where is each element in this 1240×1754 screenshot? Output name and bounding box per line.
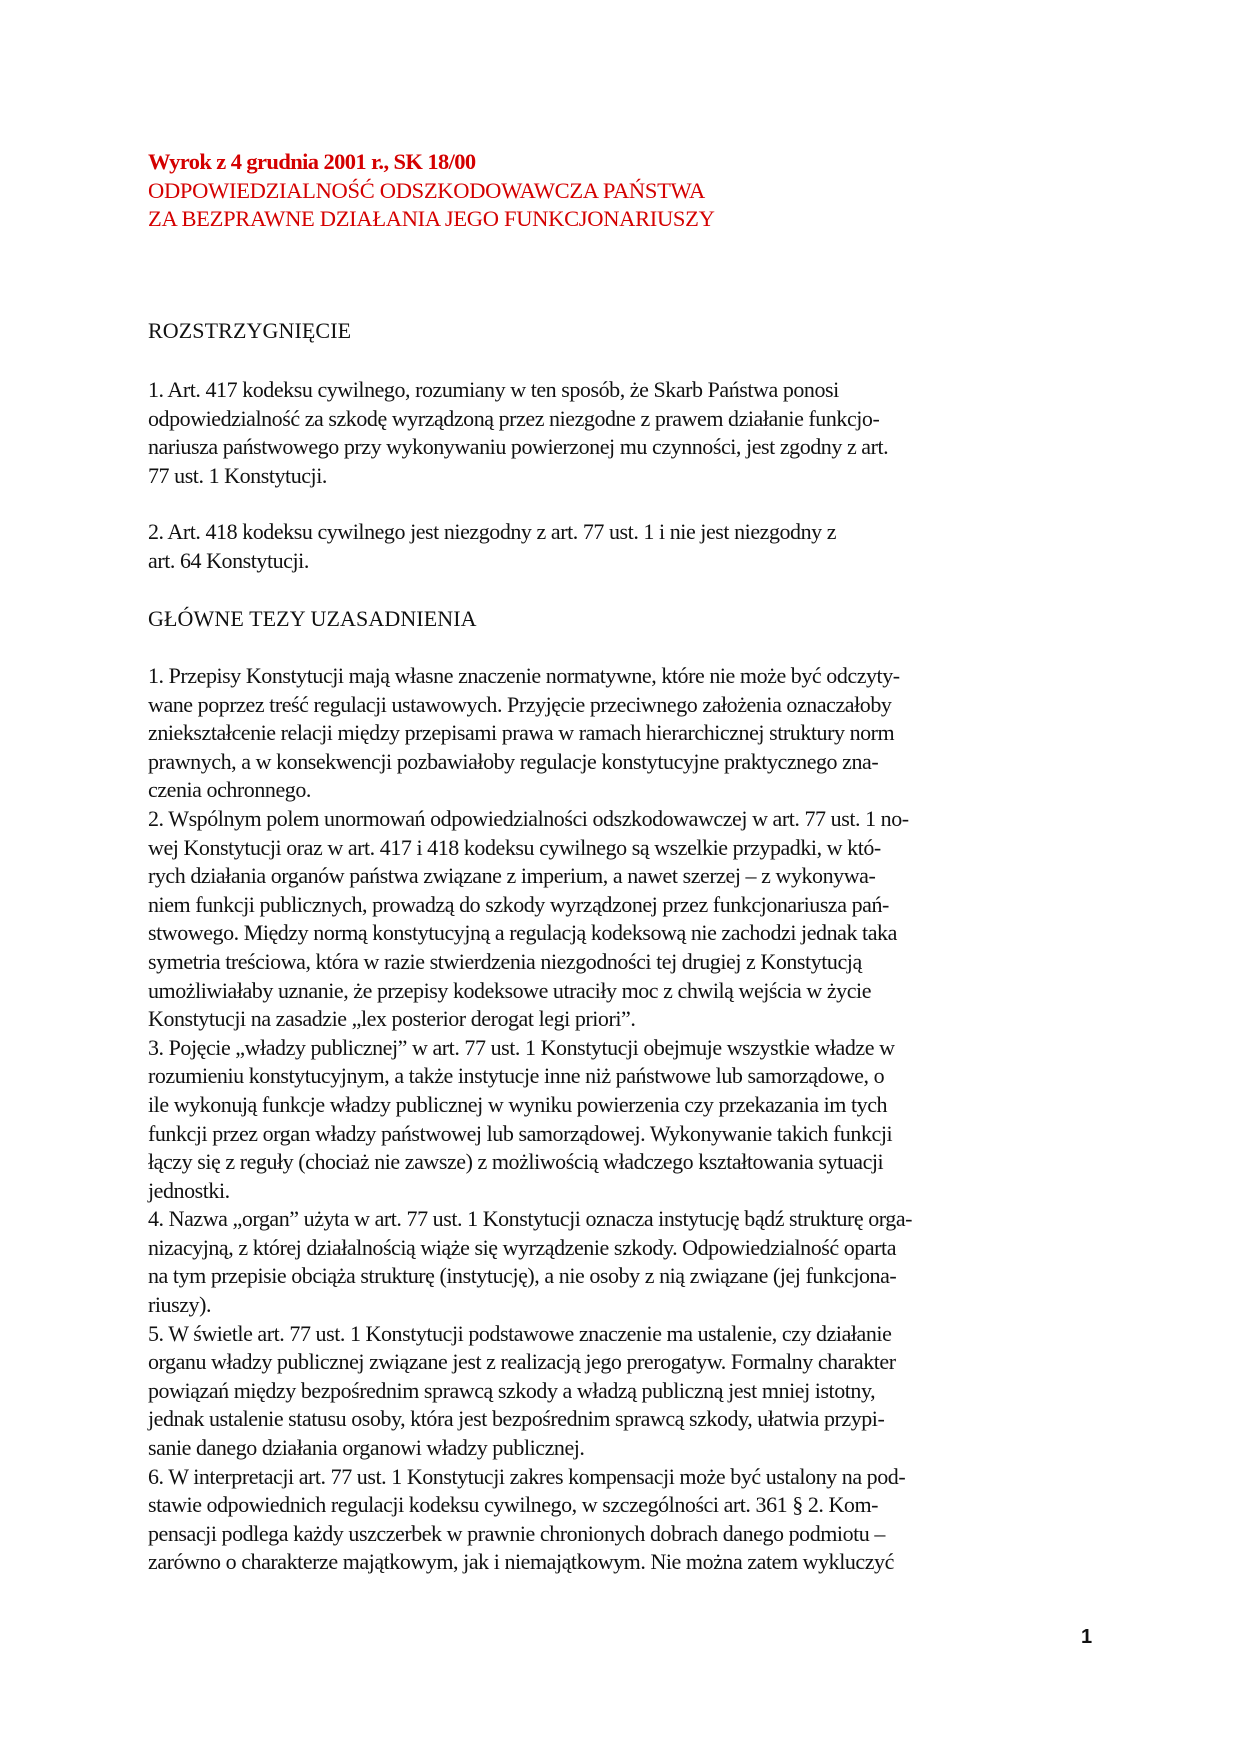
text-line: 4. Nazwa „organ” użyta w art. 77 ust. 1 …: [148, 1205, 1068, 1234]
document-page: Wyrok z 4 grudnia 2001 r., SK 18/00 ODPO…: [0, 0, 1240, 1754]
text-line: zarówno o charakterze majątkowym, jak i …: [148, 1548, 1068, 1577]
text-line: stawie odpowiednich regulacji kodeksu cy…: [148, 1491, 1068, 1520]
text-line: zniekształcenie relacji między przepisam…: [148, 719, 1068, 748]
text-line: rozumieniu konstytucyjnym, a także insty…: [148, 1062, 1068, 1091]
decision-point-1: 1. Art. 417 kodeksu cywilnego, rozumiany…: [148, 376, 1068, 490]
text-line: organu władzy publicznej związane jest z…: [148, 1348, 1068, 1377]
text-line: wej Konstytucji oraz w art. 417 i 418 ko…: [148, 834, 1068, 863]
text-line: funkcji przez organ władzy państwowej lu…: [148, 1120, 1068, 1149]
text-line: odpowiedzialność za szkodę wyrządzoną pr…: [148, 405, 1068, 434]
document-title-line-2: ZA BEZPRAWNE DZIAŁANIA JEGO FUNKCJONARIU…: [148, 205, 715, 234]
text-line: 1. Art. 417 kodeksu cywilnego, rozumiany…: [148, 376, 1068, 405]
text-line: art. 64 Konstytucji.: [148, 547, 1068, 576]
page-number: 1: [1081, 1626, 1092, 1649]
text-line: sanie danego działania organowi władzy p…: [148, 1434, 1068, 1463]
text-line: 5. W świetle art. 77 ust. 1 Konstytucji …: [148, 1320, 1068, 1349]
text-line: czenia ochronnego.: [148, 776, 1068, 805]
text-line: łączy się z reguły (chociaż nie zawsze) …: [148, 1148, 1068, 1177]
case-reference: Wyrok z 4 grudnia 2001 r., SK 18/00: [148, 148, 715, 177]
text-line: 1. Przepisy Konstytucji mają własne znac…: [148, 662, 1068, 691]
text-line: wane poprzez treść regulacji ustawowych.…: [148, 691, 1068, 720]
text-line: powiązań między bezpośrednim sprawcą szk…: [148, 1377, 1068, 1406]
text-line: niem funkcji publicznych, prowadzą do sz…: [148, 891, 1068, 920]
text-line: symetria treściowa, która w razie stwier…: [148, 948, 1068, 977]
text-line: jednostki.: [148, 1177, 1068, 1206]
text-line: stwowego. Między normą konstytucyjną a r…: [148, 919, 1068, 948]
theses-heading: GŁÓWNE TEZY UZASADNIENIA: [148, 606, 477, 632]
text-line: 6. W interpretacji art. 77 ust. 1 Konsty…: [148, 1463, 1068, 1492]
text-line: Konstytucji na zasadzie „lex posterior d…: [148, 1005, 1068, 1034]
theses-body: 1. Przepisy Konstytucji mają własne znac…: [148, 662, 1068, 1577]
text-line: 77 ust. 1 Konstytucji.: [148, 462, 1068, 491]
text-line: 3. Pojęcie „władzy publicznej” w art. 77…: [148, 1034, 1068, 1063]
text-line: jednak ustalenie statusu osoby, która je…: [148, 1405, 1068, 1434]
text-line: prawnych, a w konsekwencji pozbawiałoby …: [148, 748, 1068, 777]
text-line: pensacji podlega każdy uszczerbek w praw…: [148, 1520, 1068, 1549]
decision-point-2: 2. Art. 418 kodeksu cywilnego jest niezg…: [148, 518, 1068, 575]
document-title-line-1: ODPOWIEDZIALNOŚĆ ODSZKODOWAWCZA PAŃSTWA: [148, 177, 715, 206]
text-line: riuszy).: [148, 1291, 1068, 1320]
decision-heading: ROZSTRZYGNIĘCIE: [148, 318, 351, 344]
text-line: nizacyjną, z której działalnością wiąże …: [148, 1234, 1068, 1263]
text-line: ile wykonują funkcje władzy publicznej w…: [148, 1091, 1068, 1120]
text-line: 2. Wspólnym polem unormowań odpowiedzial…: [148, 805, 1068, 834]
text-line: rych działania organów państwa związane …: [148, 862, 1068, 891]
document-header: Wyrok z 4 grudnia 2001 r., SK 18/00 ODPO…: [148, 148, 715, 234]
text-line: nariusza państwowego przy wykonywaniu po…: [148, 433, 1068, 462]
text-line: 2. Art. 418 kodeksu cywilnego jest niezg…: [148, 518, 1068, 547]
text-line: umożliwiałaby uznanie, że przepisy kodek…: [148, 977, 1068, 1006]
text-line: na tym przepisie obciąża strukturę (inst…: [148, 1262, 1068, 1291]
